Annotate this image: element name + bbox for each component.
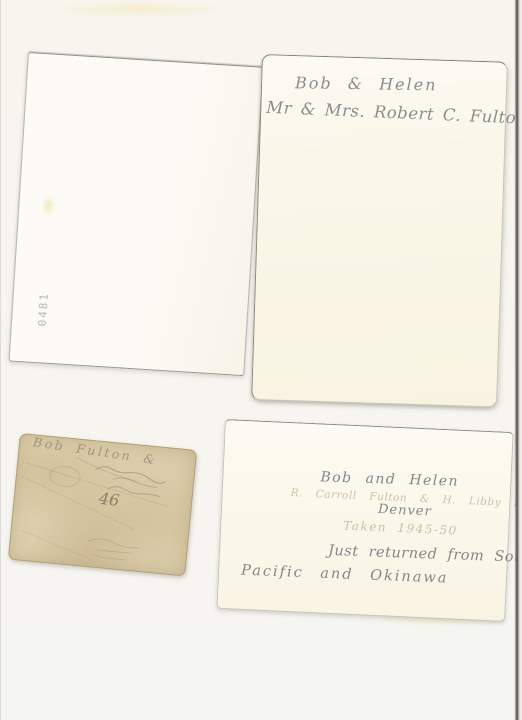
paper-stain <box>41 194 56 217</box>
photo-back-bottom-right: Bob and Helen R. Carroll Fulton & H. Lib… <box>216 419 513 622</box>
scan-stain-top <box>52 3 227 16</box>
handwriting-bob-and-helen-caption: Bob and Helen <box>320 469 459 489</box>
handwriting-just-returned: Just returned from Sou- <box>328 543 522 566</box>
photo-back-bottom-left: Bob Fulton & 46 <box>8 433 197 576</box>
scanned-album-page: 0481 Bob & Helen Mr & Mrs. Robert C. Ful… <box>0 0 522 720</box>
handwriting-mr-mrs-robert-fulton: Mr & Mrs. Robert C. Fulton <box>266 98 522 128</box>
photo-back-top-right: Bob & Helen Mr & Mrs. Robert C. Fulton <box>251 54 508 408</box>
handwriting-denver: Denver <box>378 502 432 519</box>
photo-back-top-left: 0481 <box>9 52 264 376</box>
scan-edge-shadow <box>513 0 522 720</box>
stamp-number: 0481 <box>36 292 51 327</box>
handwriting-number-46: 46 <box>98 489 121 510</box>
handwriting-taken-1945-50-faint: Taken 1945-50 <box>343 518 458 537</box>
handwriting-pacific-okinawa: Pacific and Okinawa <box>241 563 449 587</box>
scan-edge-left <box>0 0 1 720</box>
handwriting-bob-and-helen: Bob & Helen <box>295 73 438 94</box>
